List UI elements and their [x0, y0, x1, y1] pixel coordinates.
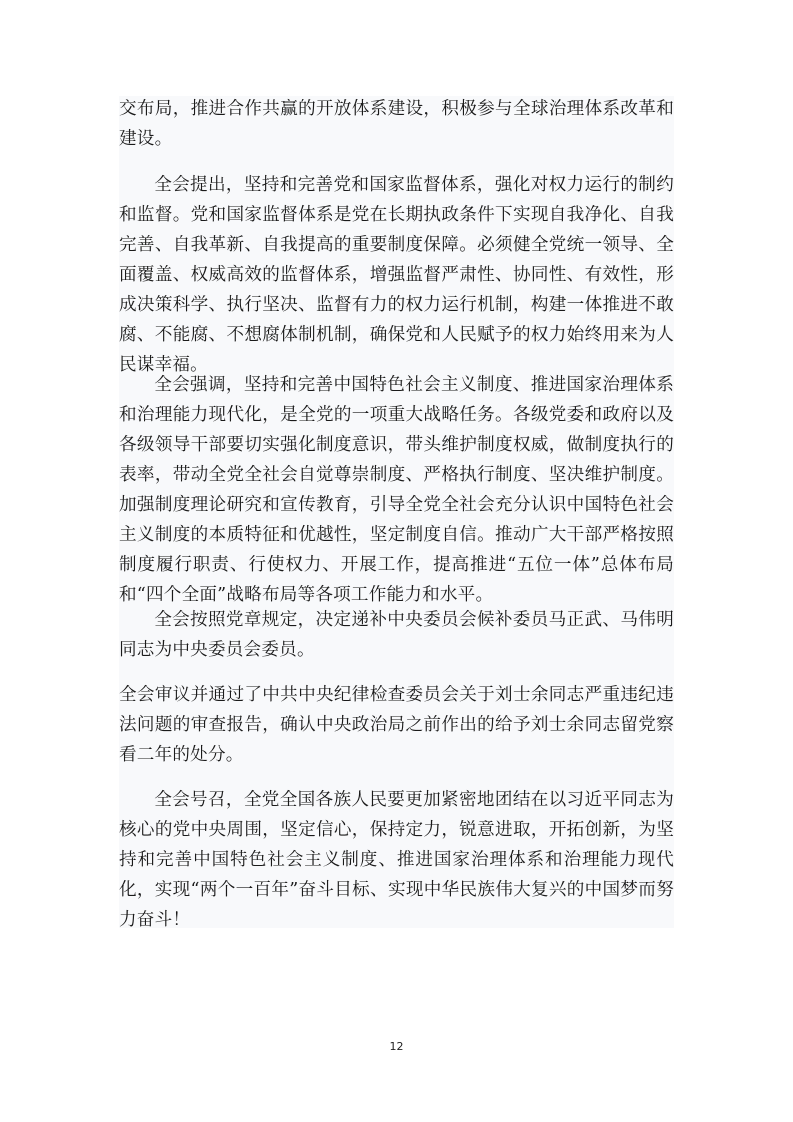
paragraph-committee-membership: 全会按照党章规定，决定递补中央委员会候补委员马正武、马伟明同志为中央委员会委员。 — [119, 605, 674, 665]
paragraph-closing-call: 全会号召，全党全国各族人民要更加紧密地团结在以习近平同志为核心的党中央周围，坚定… — [119, 785, 674, 935]
paragraph-disciplinary-report: 全会审议并通过了中共中央纪律检查委员会关于刘士余同志严重违纪违法问题的审查报告，… — [119, 680, 674, 770]
paragraph-governance-task: 全会强调，坚持和完善中国特色社会主义制度、推进国家治理体系和治理能力现代化，是全… — [119, 370, 674, 610]
paragraph-supervision-system: 全会提出，坚持和完善党和国家监督体系，强化对权力运行的制约和监督。党和国家监督体… — [119, 170, 674, 380]
page-number: 12 — [0, 1040, 793, 1053]
paragraph-opening-continuation: 交布局，推进合作共赢的开放体系建设，积极参与全球治理体系改革和建设。 — [119, 94, 674, 154]
